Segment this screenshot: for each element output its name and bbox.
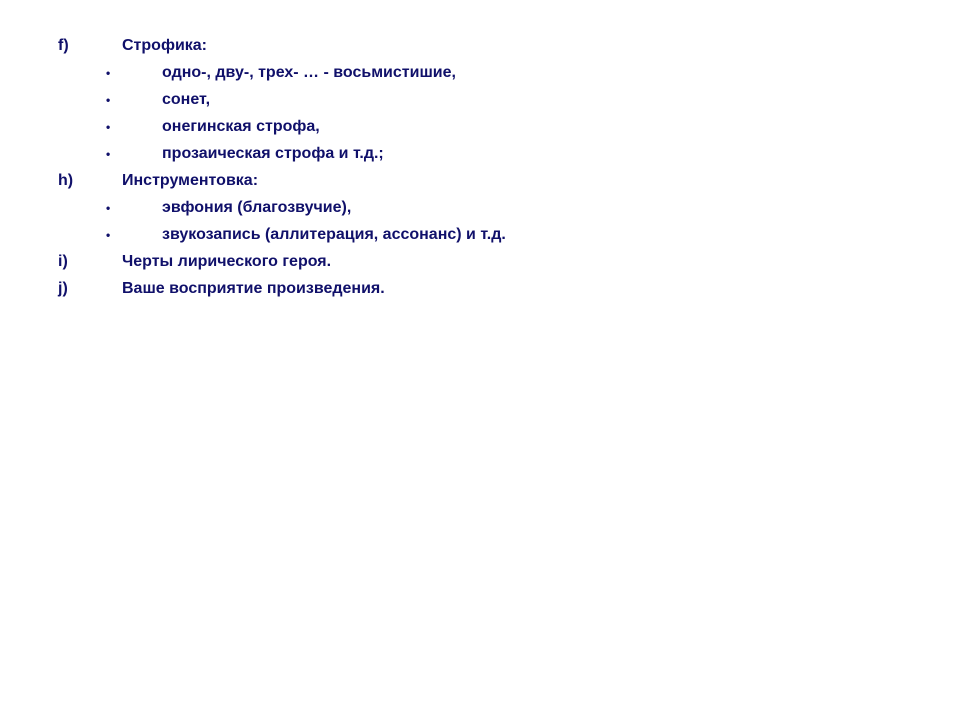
bullet-icon: • [106, 141, 110, 167]
item-text: Строфика: [122, 33, 207, 59]
item-marker: i) [58, 249, 68, 275]
item-marker: h) [58, 168, 73, 194]
subitem-text: одно-, дву-, трех- … - восьмистишие, [162, 60, 456, 86]
subitem-text: эвфония (благозвучие), [162, 195, 351, 221]
item-marker: f) [58, 33, 69, 59]
bullet-icon: • [106, 114, 110, 140]
item-marker: j) [58, 276, 68, 302]
bullet-icon: • [106, 222, 110, 248]
bullet-icon: • [106, 87, 110, 113]
subitem-text: сонет, [162, 87, 210, 113]
subitem-text: онегинская строфа, [162, 114, 320, 140]
subitem-text: звукозапись (аллитерация, ассонанс) и т.… [162, 222, 506, 248]
item-text: Черты лирического героя. [122, 249, 331, 275]
item-text: Инструментовка: [122, 168, 258, 194]
item-text: Ваше восприятие произведения. [122, 276, 385, 302]
bullet-icon: • [106, 60, 110, 86]
slide: f) Строфика: • одно-, дву-, трех- … - во… [0, 0, 960, 720]
bullet-icon: • [106, 195, 110, 221]
subitem-text: прозаическая строфа и т.д.; [162, 141, 384, 167]
